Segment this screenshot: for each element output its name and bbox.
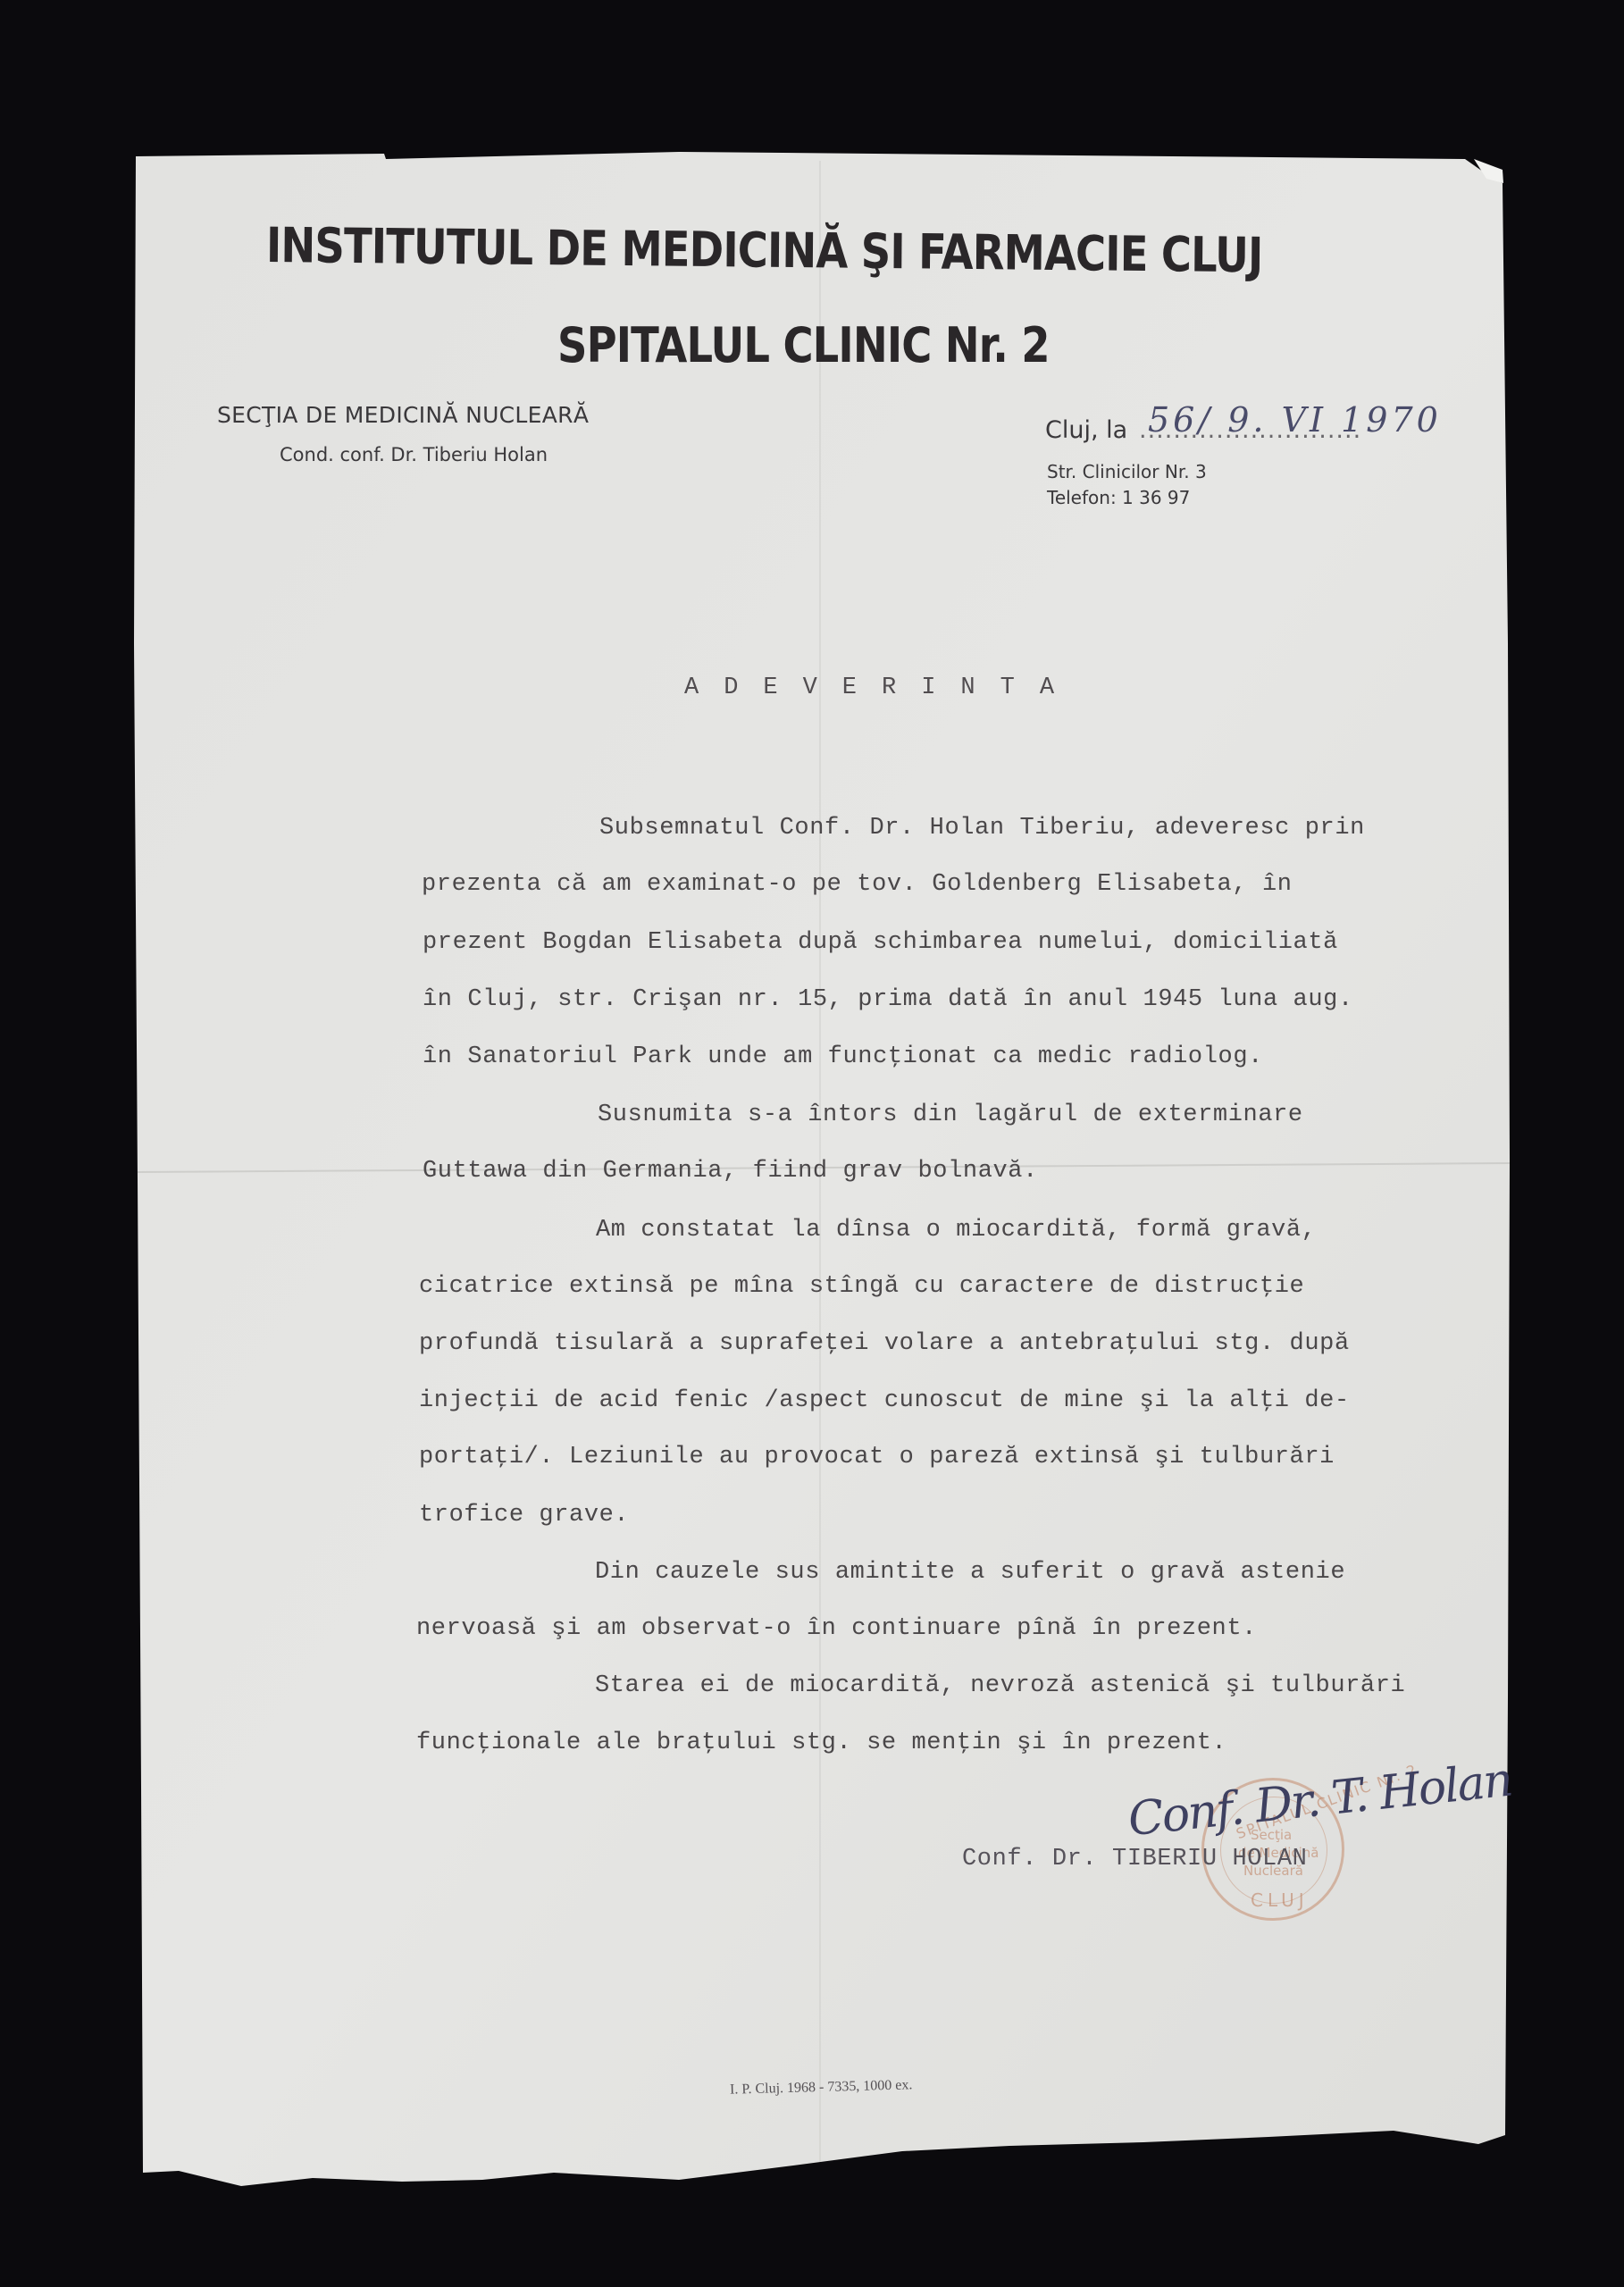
body-line: trofice grave. (419, 1502, 629, 1529)
typed-signatory-name: Conf. Dr. TIBERIU HOLAN (962, 1846, 1307, 1872)
section-head: Cond. conf. Dr. Tiberiu Holan (280, 444, 548, 465)
body-line: prezent Bogdan Elisabeta după schimbarea… (423, 929, 1338, 956)
stamp-bottom-text: CLUJ (1251, 1889, 1309, 1911)
body-line: Din cauzele sus amintite a suferit o gra… (595, 1559, 1345, 1586)
body-line: portaţi/. Leziunile au provocat o pareză… (419, 1444, 1335, 1470)
phone: Telefon: 1 36 97 (1047, 487, 1190, 508)
body-line: Subsemnatul Conf. Dr. Holan Tiberiu, ade… (599, 815, 1365, 842)
place-date-label: Cluj, la (1045, 416, 1127, 444)
document-title: ADEVERINTA (684, 674, 1079, 701)
body-line: Guttawa din Germania, fiind grav bolnavă… (423, 1158, 1038, 1185)
hospital-heading: SPITALUL CLINIC Nr. 2 (557, 317, 1050, 373)
body-line: Susnumita s-a întors din lagărul de exte… (598, 1102, 1303, 1128)
handwritten-date: 56/ 9. VI 1970 (1148, 400, 1442, 440)
body-line: cicatrice extinsă pe mîna stîngă cu cara… (419, 1273, 1304, 1300)
body-line: injecţii de acid fenic /aspect cunoscut … (419, 1387, 1350, 1414)
body-line: Am constatat la dînsa o miocardită, form… (596, 1217, 1317, 1244)
body-line: profundă tisulară a suprafeţei volare a … (419, 1330, 1350, 1357)
address: Str. Clinicilor Nr. 3 (1047, 461, 1207, 482)
body-line: funcţionale ale braţului stg. se menţin … (416, 1730, 1226, 1756)
body-line: Starea ei de miocardită, nevroză astenic… (595, 1672, 1405, 1699)
section-name: SECŢIA DE MEDICINĂ NUCLEARĂ (217, 402, 589, 428)
body-line: nervoasă şi am observat-o în continuare … (416, 1615, 1257, 1642)
body-line: prezenta că am examinat-o pe tov. Golden… (422, 871, 1293, 898)
document-photo: INSTITUTUL DE MEDICINĂ ŞI FARMACIE CLUJ … (0, 0, 1624, 2287)
body-line: în Cluj, str. Crişan nr. 15, prima dată … (423, 986, 1353, 1013)
body-line: în Sanatoriul Park unde am funcţionat ca… (423, 1043, 1263, 1070)
institution-heading: INSTITUTUL DE MEDICINĂ ŞI FARMACIE CLUJ (266, 217, 1263, 283)
